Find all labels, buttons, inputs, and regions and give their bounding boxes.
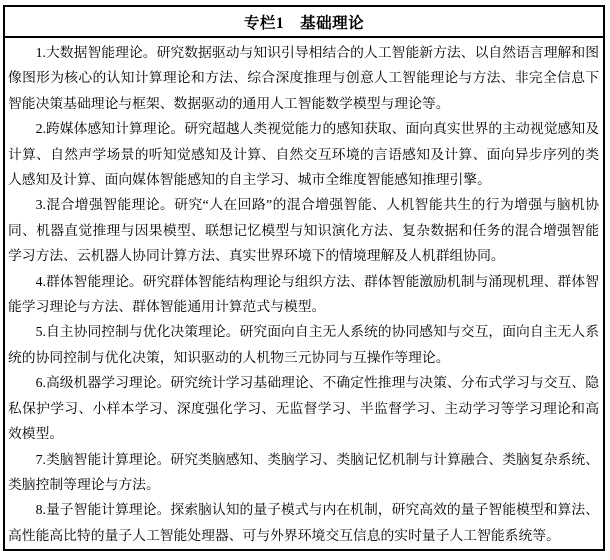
panel-title: 专栏1 基础理论 xyxy=(5,7,603,38)
paragraph-hybrid-augmented-intelligence: 3.混合增强智能理论。研究“人在回路”的混合增强智能、人机智能共生的行为增强与脑… xyxy=(8,192,599,268)
paragraph-cross-media-perception: 2.跨媒体感知计算理论。研究超越人类视觉能力的感知获取、面向真实世界的主动视觉感… xyxy=(8,116,599,192)
paragraph-autonomous-control-decision: 5.自主协同控制与优化决策理论。研究面向自主无人系统的协同感知与交互，面向自主无… xyxy=(8,319,599,370)
paragraph-big-data-intelligence: 1.大数据智能理论。研究数据驱动与知识引导相结合的人工智能新方法、以自然语言理解… xyxy=(8,40,599,116)
column-panel: 专栏1 基础理论 1.大数据智能理论。研究数据驱动与知识引导相结合的人工智能新方… xyxy=(3,5,605,551)
paragraph-swarm-intelligence: 4.群体智能理论。研究群体智能结构理论与组织方法、群体智能激励机制与涌现机理、群… xyxy=(8,269,599,320)
document-page: 专栏1 基础理论 1.大数据智能理论。研究数据驱动与知识引导相结合的人工智能新方… xyxy=(0,0,610,560)
panel-body: 1.大数据智能理论。研究数据驱动与知识引导相结合的人工智能新方法、以自然语言理解… xyxy=(5,38,603,548)
paragraph-brain-inspired-computing: 7.类脑智能计算理论。研究类脑感知、类脑学习、类脑记忆机制与计算融合、类脑复杂系… xyxy=(8,447,599,498)
paragraph-quantum-intelligent-computing: 8.量子智能计算理论。探索脑认知的量子模式与内在机制，研究高效的量子智能模型和算… xyxy=(8,497,599,548)
paragraph-advanced-machine-learning: 6.高级机器学习理论。研究统计学习基础理论、不确定性推理与决策、分布式学习与交互… xyxy=(8,370,599,446)
